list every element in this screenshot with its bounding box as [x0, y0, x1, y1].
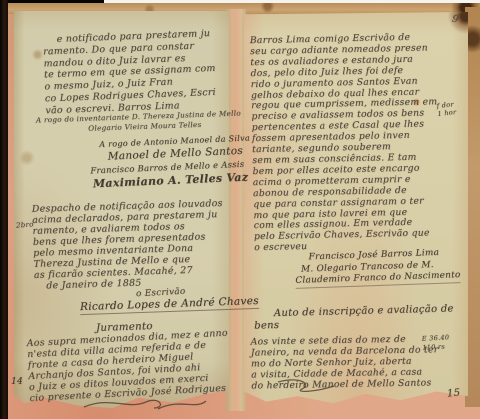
left-paragraph-1: e notificado para prestarem juramento. D…	[42, 28, 225, 117]
ink-flourish-right	[272, 376, 342, 396]
book-gutter	[226, 9, 246, 411]
left-paragraph-3: Aos supra mencionados dia, mez e annon'e…	[26, 328, 225, 404]
right-margin-note-bottom: E 36.40110 rs	[422, 333, 450, 352]
handwriting-line: 110 rs	[422, 342, 450, 352]
page-number-14: 14	[11, 377, 23, 387]
left-margin-note: 2bro	[16, 220, 34, 229]
right-signature-block: Francisco José Barros LimaM. Olegario Tr…	[294, 247, 460, 288]
ink-flourish-left	[80, 394, 210, 412]
left-paragraph-2: Despacho de notificação aos louvadosacim…	[32, 198, 219, 292]
manuscript-photo: e notificado para prestarem juramento. D…	[0, 0, 480, 419]
page-number-15: 15	[447, 387, 461, 399]
book-binding	[0, 0, 8, 419]
left-signature-block: A rogo de Antonio Manoel da SilvaManoel …	[87, 131, 252, 190]
right-margin-note-top: f dor1 hor	[436, 100, 456, 118]
right-paragraph-1: Barros Lima comigo Escrivão deseu cargo …	[250, 32, 461, 254]
